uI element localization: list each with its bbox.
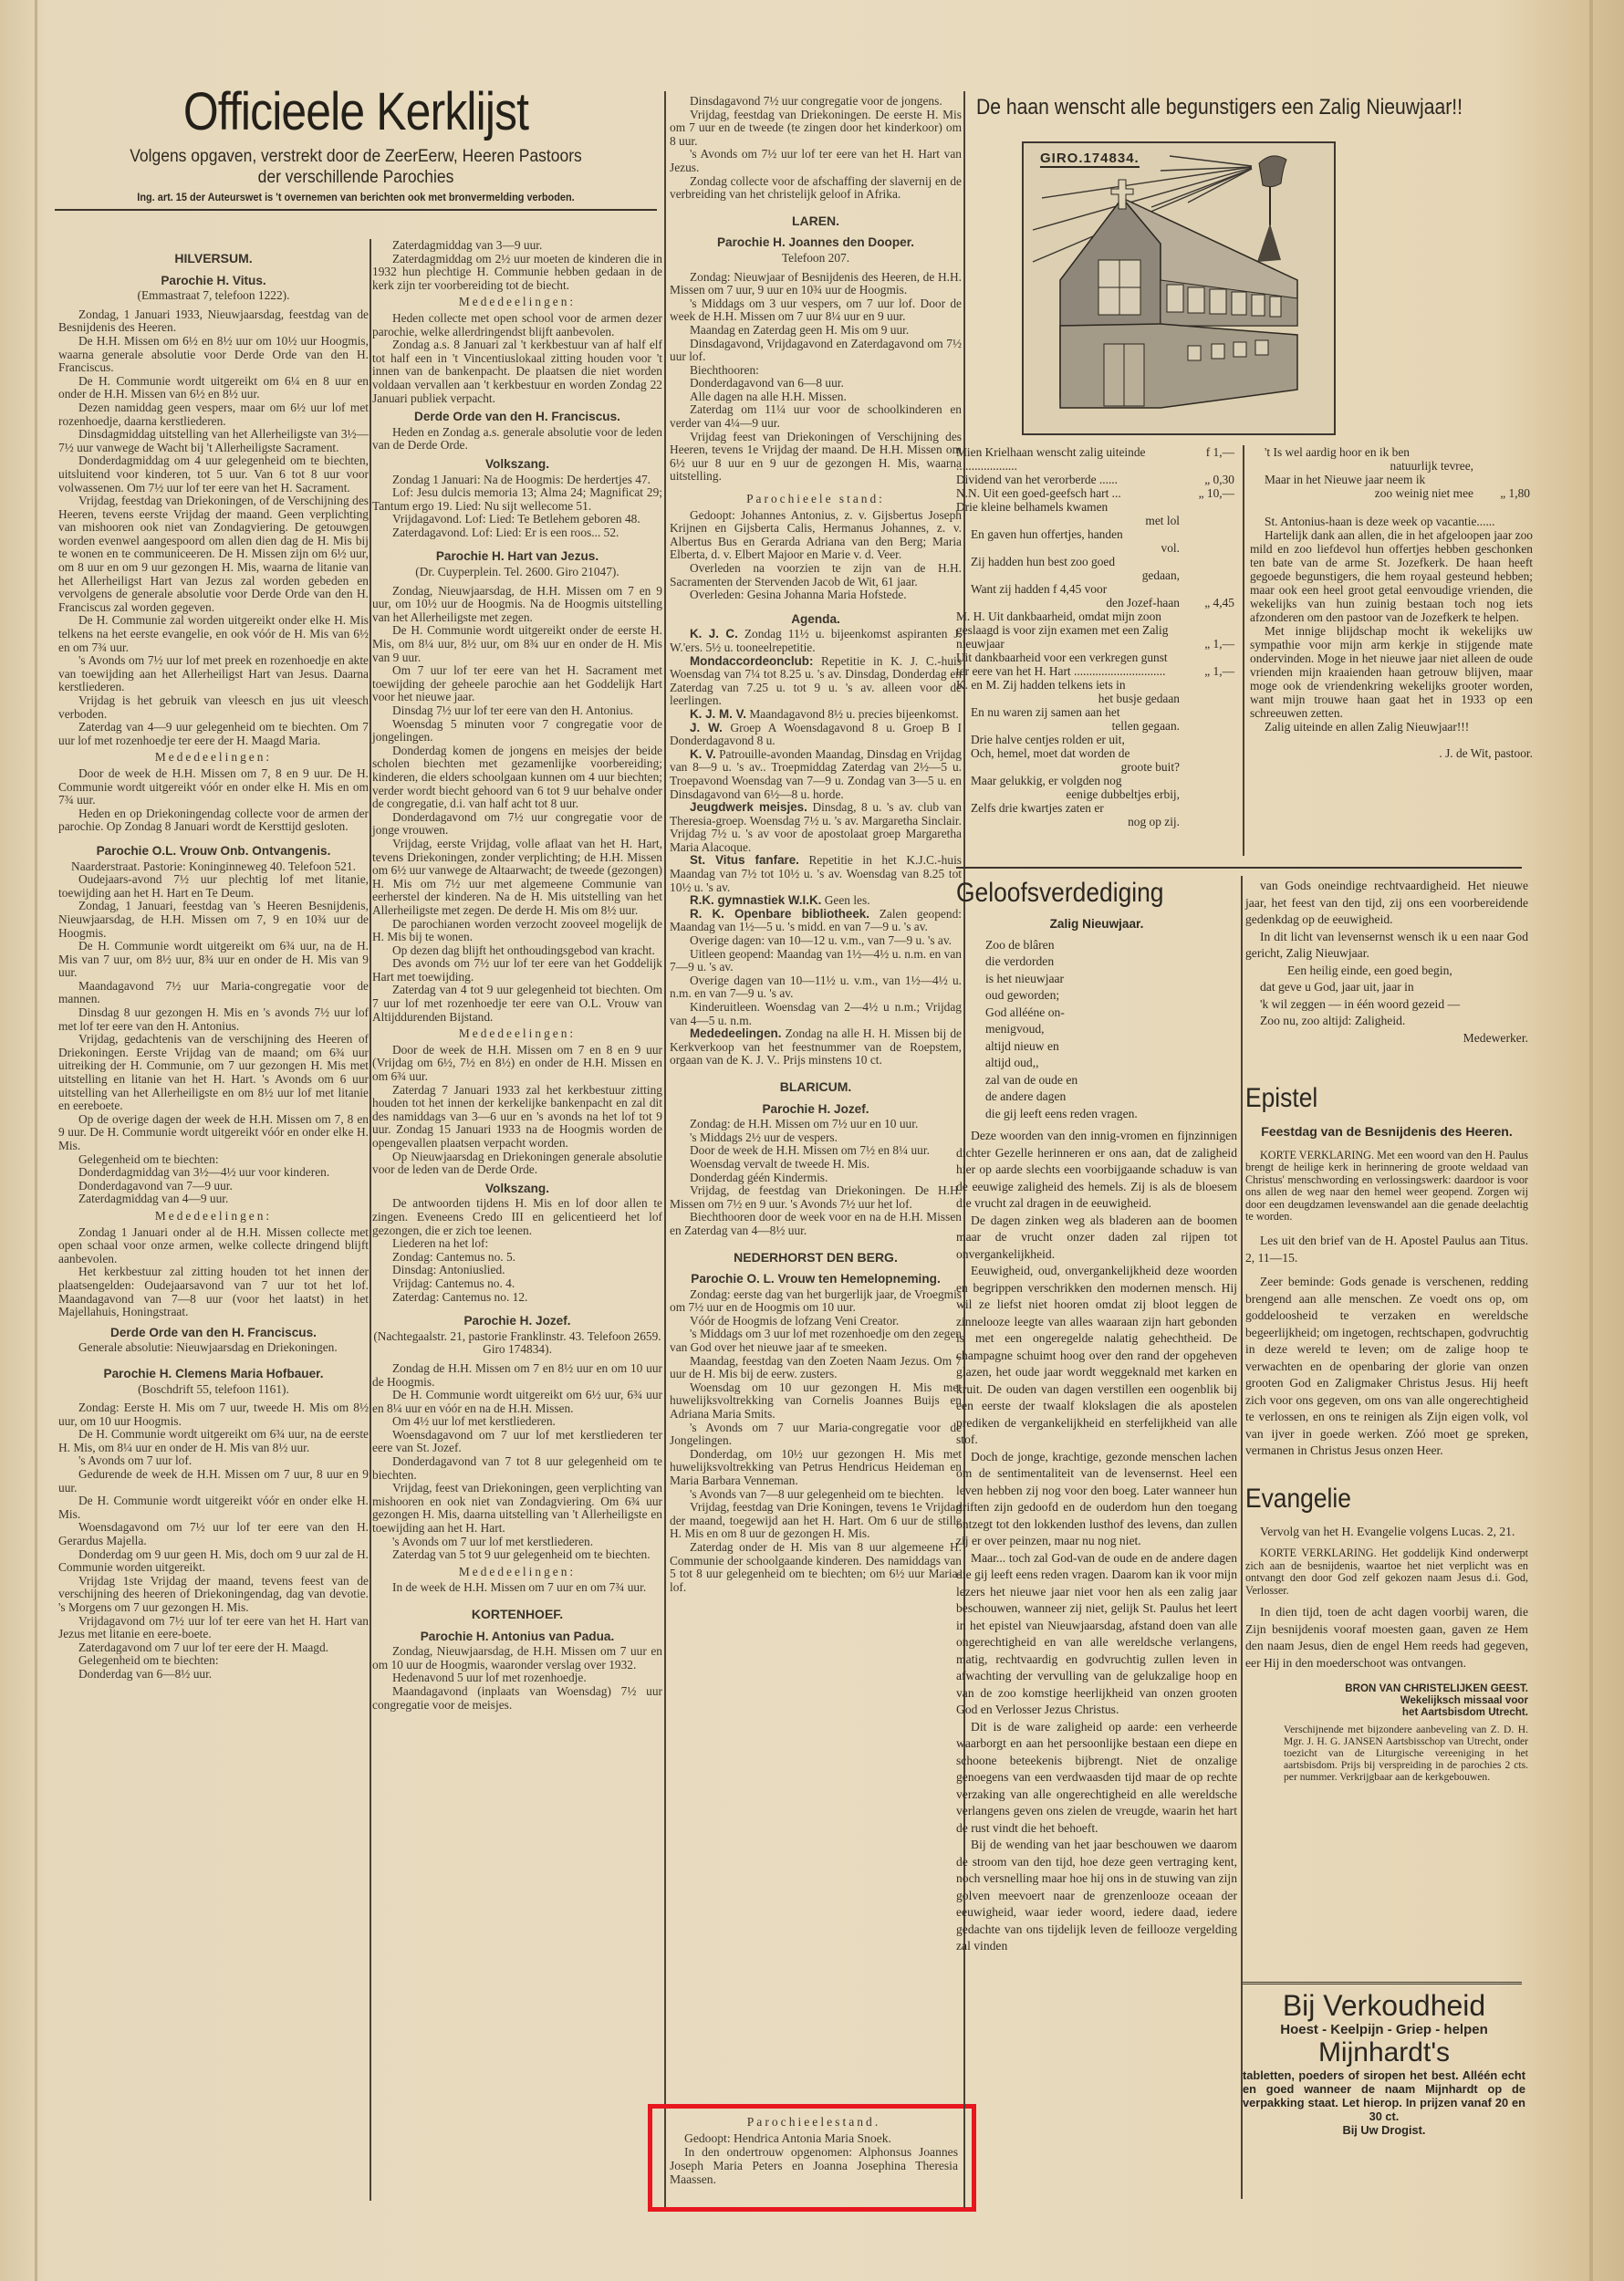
poem-line: 'k wil zeggen — in één woord gezeid — bbox=[1260, 996, 1528, 1014]
agenda-label: St. Vitus fanfare. bbox=[690, 853, 799, 867]
parish-heading: Parochie H. Jozef. bbox=[670, 1103, 962, 1117]
agenda-label: K. J. M. V. bbox=[690, 707, 746, 721]
paragraph: Woensdag 5 minuten voor 7 congregatie vo… bbox=[372, 718, 662, 745]
paragraph: Zondag 1 Januari onder al de H.H. Missen… bbox=[58, 1226, 369, 1266]
poem-line: eenige dubbeltjes erbij, bbox=[956, 787, 1180, 801]
poem-line: K. en M. Zij hadden telkens iets in bbox=[956, 678, 1126, 692]
donation-row: Uit dankbaarheid voor een verkregen guns… bbox=[956, 651, 1241, 678]
section-rule bbox=[1243, 1982, 1522, 1984]
donation-amount: „ 4,45 bbox=[1180, 596, 1234, 609]
paragraph: 's Middags 2½ uur de vespers. bbox=[670, 1131, 962, 1145]
paragraph: Zondag de H.H. Missen om 7 en 8½ uur en … bbox=[372, 1362, 662, 1389]
agenda-text: Geen les. bbox=[825, 893, 870, 907]
bron-text: Verschijnende met bijzondere aanbeveling… bbox=[1284, 1724, 1528, 1783]
paragraph: Maandag, feestdag van den Zoeten Naam Je… bbox=[670, 1355, 962, 1381]
column-divider bbox=[370, 239, 371, 2201]
paragraph: De dagen zinken weg als bladeren aan de … bbox=[956, 1213, 1237, 1264]
subtitle-line-2: der verschillende Parochies bbox=[78, 167, 632, 188]
ad-symptoms: Hoest - Keelpijn - Griep - helpen bbox=[1243, 2022, 1525, 2037]
paragraph: Vrijdag, feestdag van Driekoningen, of d… bbox=[58, 495, 369, 614]
poem-line: Drie halve centjes rolden er uit, bbox=[956, 733, 1180, 746]
poem-line: zal van de oude en bbox=[985, 1072, 1237, 1089]
mijnhardt-advertisement: Bij Verkoudheid Hoest - Keelpijn - Griep… bbox=[1243, 1989, 1525, 2137]
paragraph: Zaterdagavond. Lof: Lied: Er is een roos… bbox=[372, 526, 662, 540]
bron-title: Wekelijksch missaal voor bbox=[1284, 1694, 1528, 1706]
town-heading: NEDERHORST DEN BERG. bbox=[670, 1251, 962, 1265]
paragraph: De H. Communie zal worden uitgereikt ond… bbox=[58, 614, 369, 654]
paragraph: De H. Communie wordt uitgereikt om 6¾ uu… bbox=[58, 940, 369, 980]
paragraph: Gelegenheid om te biechten: bbox=[58, 1654, 369, 1668]
paragraph: Liederen na het lof: bbox=[372, 1237, 662, 1251]
paragraph: Zondag, Nieuwjaarsdag, de H.H. Missen om… bbox=[372, 1645, 662, 1672]
paragraph: Heden en op Driekoningendag collecte voo… bbox=[58, 807, 369, 834]
paragraph: Heden en Zondag a.s. generale absolutie … bbox=[372, 426, 662, 453]
paragraph: Uitleen geopend: Maandag van 1½—4½ u. n.… bbox=[670, 948, 962, 974]
paragraph: Dinsdagavond, Vrijdagavond en Zaterdagav… bbox=[670, 338, 962, 364]
agenda-item: St. Vitus fanfare. Repetitie in het K.J.… bbox=[670, 854, 962, 894]
paragraph: Vrijdag, feest van Driekoningen, geen ve… bbox=[372, 1482, 662, 1535]
parish-heading: Parochie H. Joannes den Dooper. bbox=[670, 236, 962, 250]
section-heading: Volkszang. bbox=[372, 1182, 662, 1196]
masthead-subtitle: Volgens opgaven, verstrekt door de ZeerE… bbox=[78, 146, 632, 188]
poem-line: gedaan, bbox=[956, 568, 1180, 582]
paragraph: Vrijdag, feestdag van Driekoningen. De e… bbox=[670, 109, 962, 149]
parish-heading: Parochie H. Jozef. bbox=[372, 1315, 662, 1328]
section-heading: Parochieele stand: bbox=[670, 493, 962, 506]
paragraph: Hedenavond 5 uur lof met rozenhoedje. bbox=[372, 1672, 662, 1685]
paragraph: Donderdag géén Kindermis. bbox=[670, 1172, 962, 1185]
poem-line: Maar in het Nieuwe jaar neem ik bbox=[1250, 473, 1473, 486]
poem-line: groote buit? bbox=[956, 760, 1180, 774]
poem-line: met lol bbox=[956, 514, 1180, 527]
paragraph: Vrijdag, gedachtenis van de verschijning… bbox=[58, 1033, 369, 1113]
paragraph: KORTE VERKLARING. Het goddelijk Kind ond… bbox=[1245, 1547, 1528, 1597]
agenda-item: K. J. M. V. Maandagavond 8½ u. precies b… bbox=[670, 708, 962, 722]
paragraph: 's Middags om 3 uur vespers, om 7 uur lo… bbox=[670, 297, 962, 324]
agenda-text: Maandagavond 8½ u. precies bijeenkomst. bbox=[749, 707, 958, 721]
paragraph: Zondag: Nieuwjaar of Besnijdenis des Hee… bbox=[670, 271, 962, 297]
paragraph: Heden collecte met open school voor de a… bbox=[372, 312, 662, 339]
parish-heading: Parochie O. L. Vrouw ten Hemelopneming. bbox=[670, 1273, 962, 1286]
ad-headline: Bij Verkoudheid bbox=[1243, 1989, 1525, 2022]
agenda-label: K. J. C. bbox=[690, 627, 738, 641]
poem-line: En gaven hun offertjes, handen bbox=[956, 527, 1180, 541]
donation-poem: 't Is wel aardig hoor en ik ben natuurli… bbox=[1250, 445, 1473, 500]
section-heading: Mededeelingen: bbox=[58, 1210, 369, 1224]
paragraph: Les uit den brief van de H. Apostel Paul… bbox=[1245, 1233, 1528, 1266]
donation-row: Drie kleine belhamels kwamen met lol En … bbox=[956, 500, 1241, 609]
paragraph: Maar... toch zal God-van de oude en de a… bbox=[956, 1550, 1237, 1719]
paragraph: De H. Communie wordt uitgereikt onder de… bbox=[372, 624, 662, 664]
bron-title: BRON VAN CHRISTELIJKEN GEEST. bbox=[1284, 1682, 1528, 1694]
agenda-label: R.K. gymnastiek W.I.K. bbox=[690, 893, 821, 907]
page-title: Officieele Kerklijst bbox=[97, 84, 615, 141]
paragraph: Eeuwigheid, oud, onvergankelijkheid deze… bbox=[956, 1263, 1237, 1449]
paragraph: Dinsdagmiddag uitstelling van het Allerh… bbox=[58, 428, 369, 454]
baptism-entry: Gedoopt: Hendrica Antonia Maria Snoek. bbox=[670, 2131, 958, 2145]
parish-heading: Parochie H. Antonius van Padua. bbox=[372, 1630, 662, 1644]
paragraph: Vrijdag 1ste Vrijdag der maand, tevens f… bbox=[58, 1575, 369, 1615]
paragraph: Op de overige dagen der week de H.H. Mis… bbox=[58, 1113, 369, 1153]
church-drawing-icon bbox=[1024, 143, 1334, 433]
agenda-label: J. W. bbox=[690, 721, 723, 734]
agenda-item: Mededeelingen. Zondag na alle H. H. Miss… bbox=[670, 1027, 962, 1068]
parish-address: (Boschdrift 55, telefoon 1161). bbox=[58, 1383, 369, 1397]
paragraph: Des avonds om 7½ uur lof ter eere van he… bbox=[372, 957, 662, 984]
poem-line: Zoo nu, zoo altijd: Zaligheid. bbox=[1260, 1013, 1528, 1030]
paragraph: Overleden: Gesina Johanna Maria Hofstede… bbox=[670, 588, 962, 602]
agenda-label: R. K. Openbare bibliotheek. bbox=[690, 907, 869, 921]
evangelie-title: Evangelie bbox=[1245, 1484, 1494, 1515]
paragraph: 's Avonds om 7½ uur lof ter eere van het… bbox=[670, 148, 962, 174]
agenda-item: R.K. gymnastiek W.I.K. Geen les. bbox=[670, 894, 962, 908]
parish-address: (Nachtegaalstr. 21, pastorie Franklinstr… bbox=[372, 1330, 662, 1357]
paragraph: Deze woorden van den innig-vromen en fij… bbox=[956, 1128, 1237, 1213]
agenda-item: K. V. Patrouille-avonden Maandag, Dinsda… bbox=[670, 748, 962, 801]
paragraph: Vrijdagavond om 7½ uur lof ter eere van … bbox=[58, 1615, 369, 1641]
agenda-item: R. K. Openbare bibliotheek. Zalen geopen… bbox=[670, 908, 962, 934]
column-divider bbox=[1243, 445, 1244, 856]
paragraph: Generale absolutie: Nieuwjaarsdag en Dri… bbox=[58, 1341, 369, 1355]
poem-line: die verdorden bbox=[985, 953, 1237, 971]
poem-line: dat geve u God, jaar uit, jaar in bbox=[1260, 979, 1528, 996]
donation-amount: „ 1,80 bbox=[1473, 486, 1530, 500]
paragraph: In dit licht van levensernst wensch ik u… bbox=[1245, 929, 1528, 963]
paragraph: Overige dagen van 10—11½ u. v.m., van 1½… bbox=[670, 974, 962, 1001]
poem-line: altijd nieuw en bbox=[985, 1038, 1237, 1056]
paragraph: Dinsdag 7½ uur lof ter eere van den H. A… bbox=[372, 704, 662, 718]
paragraph: Dinsdag: Antoniuslied. bbox=[372, 1264, 662, 1277]
agenda-item: Mondaccordeonclub: Repetitie in K. J. C.… bbox=[670, 655, 962, 708]
paragraph: Donderdagmiddag om 4 uur gelegenheid om … bbox=[58, 454, 369, 495]
poem-line: zoo weinig niet mee bbox=[1250, 486, 1473, 500]
paragraph: In dien tijd, toen de acht dagen voorbij… bbox=[1245, 1604, 1528, 1672]
donation-row: 't Is wel aardig hoor en ik ben natuurli… bbox=[1250, 445, 1533, 500]
paragraph: Zondag, 1 Januari 1933, Nieuwjaarsdag, f… bbox=[58, 308, 369, 335]
poem-line: Een heilig einde, een goed begin, bbox=[1260, 963, 1528, 980]
parish-address: Naarderstraat. Pastorie: Koninginneweg 4… bbox=[58, 860, 369, 874]
paragraph: Zaterdag van 4—9 uur gelegenheid om te b… bbox=[58, 721, 369, 747]
parochieelestand-notice: Parochieelestand. Gedoopt: Hendrica Anto… bbox=[670, 2115, 958, 2186]
paragraph: Met innige blijdschap mocht ik wekelijks… bbox=[1250, 624, 1533, 720]
page-fold bbox=[1589, 0, 1593, 2281]
donation-text: Dividend van het verorberde ...... bbox=[956, 473, 1180, 486]
paragraph: Donderdag, om 10½ uur gezongen H. Mis me… bbox=[670, 1448, 962, 1488]
paragraph: Dinsdagavond 7½ uur congregatie voor de … bbox=[670, 95, 962, 109]
donation-text: N.N. Uit een goed-geefsch hart ... bbox=[956, 486, 1180, 500]
agenda-item: K. J. C. Zondag 11½ u. bijeenkomst aspir… bbox=[670, 628, 962, 654]
donation-amount: „ 10,— bbox=[1180, 486, 1234, 500]
poem-line: menigvoud, bbox=[985, 1021, 1237, 1038]
newspaper-page: Officieele Kerklijst Volgens opgaven, ve… bbox=[0, 0, 1624, 2281]
parish-address: (Emmastraat 7, telefoon 1222). bbox=[58, 289, 369, 303]
poem-line: Och, hemel, moet dat worden de bbox=[956, 746, 1180, 760]
paragraph: Op dezen dag blijft het onthoudingsgebod… bbox=[372, 944, 662, 958]
subtitle-line-1: Volgens opgaven, verstrekt door de ZeerE… bbox=[78, 146, 632, 167]
paragraph: Zaterdag 7 Januari 1933 zal het kerkbest… bbox=[372, 1084, 662, 1151]
paragraph: Vrijdag, eerste Vrijdag, volle aflaat va… bbox=[372, 838, 662, 918]
town-heading: HILVERSUM. bbox=[58, 252, 369, 266]
section-rule bbox=[956, 867, 1522, 869]
poem-line: altijd oud,, bbox=[985, 1055, 1237, 1072]
parish-address: Telefoon 207. bbox=[670, 252, 962, 266]
epistel-subtitle: Feestdag van de Besnijdenis des Heeren. bbox=[1245, 1123, 1528, 1140]
paragraph: Hartelijk dank aan allen, die in het afg… bbox=[1250, 528, 1533, 624]
paragraph: Zalig uiteinde en allen Zalig Nieuwjaar!… bbox=[1250, 720, 1533, 734]
paragraph: Vrijdag: Cantemus no. 4. bbox=[372, 1277, 662, 1291]
parish-heading: Parochie H. Hart van Jezus. bbox=[372, 550, 662, 564]
paragraph: Door de week de H.H. Missen om 7, 8 en 9… bbox=[58, 767, 369, 807]
giro-label: GIRO.174834. bbox=[1040, 151, 1140, 168]
agenda-label: Mondaccordeonclub: bbox=[690, 654, 813, 668]
paragraph: De H. Communie wordt uitgereikt om 6½ uu… bbox=[372, 1389, 662, 1415]
paragraph: St. Antonius-haan is deze week op vacant… bbox=[1250, 515, 1533, 528]
paragraph: 's Avonds om 7 uur Maria-congregatie voo… bbox=[670, 1422, 962, 1448]
agenda-label: K. V. bbox=[690, 747, 716, 761]
paragraph: Donderdagmiddag van 3½—4½ uur voor kinde… bbox=[58, 1166, 369, 1180]
agenda-item: Jeugdwerk meisjes. Dinsdag, 8 u. 's av. … bbox=[670, 801, 962, 854]
paragraph: Vrijdag, de feestdag van Driekoningen. D… bbox=[670, 1184, 962, 1211]
engagement-entry: In den ondertrouw opgenomen: Alphonsus J… bbox=[670, 2145, 958, 2186]
donation-amount: „ 0,30 bbox=[1180, 473, 1234, 486]
donation-text: Uit dankbaarheid voor een verkregen guns… bbox=[956, 651, 1180, 678]
paragraph: Kinderuitleen. Woensdag van 2—4½ u n.m.;… bbox=[670, 1001, 962, 1027]
paragraph: Vrijdag, feestdag van Drie Koningen, tev… bbox=[670, 1501, 962, 1541]
paragraph: Zondag 1 Januari: Na de Hoogmis: De herd… bbox=[372, 474, 662, 487]
paragraph: Woensdagavond om 7½ uur lof ter eere van… bbox=[58, 1521, 369, 1547]
masthead-rule bbox=[55, 209, 657, 211]
donation-amount: f 1,— bbox=[1180, 445, 1234, 473]
paragraph: Vrijdag feest van Driekoningen of Versch… bbox=[670, 431, 962, 484]
epistel-title: Epistel bbox=[1245, 1083, 1494, 1114]
paragraph: 's Avonds om 7 uur lof met kerstliederen… bbox=[372, 1536, 662, 1549]
paragraph: Zeer beminde: Gods genade is verschenen,… bbox=[1245, 1274, 1528, 1460]
paragraph: In de week de H.H. Missen om 7 uur en om… bbox=[372, 1581, 662, 1595]
paragraph: 's Avonds om 7½ uur lof met preek en roz… bbox=[58, 654, 369, 694]
parish-heading: Parochie H. Vitus. bbox=[58, 275, 369, 288]
poem-line: het busje gedaan bbox=[956, 692, 1180, 705]
paragraph: Zondag, 1 Januari, feestdag van 's Heere… bbox=[58, 900, 369, 940]
poem-line: de andere dagen bbox=[985, 1088, 1237, 1106]
donation-poem: Drie kleine belhamels kwamen met lol En … bbox=[956, 500, 1180, 609]
donation-amount: „ 1,— bbox=[1180, 664, 1234, 678]
agenda-label: Mededeelingen. bbox=[690, 1026, 781, 1040]
parish-address: (Dr. Cuyperplein. Tel. 2600. Giro 21047)… bbox=[372, 566, 662, 579]
town-heading: KORTENHOEF. bbox=[372, 1608, 662, 1621]
paragraph: Zaterdag onder de H. Mis van 8 uur algem… bbox=[670, 1541, 962, 1594]
paragraph: Donderdagavond van 7 tot 8 uur gelegenhe… bbox=[372, 1455, 662, 1482]
section-heading: Mededeelingen: bbox=[58, 751, 369, 765]
paragraph: Vóór de Hoogmis de lofzang Veni Creator. bbox=[670, 1315, 962, 1328]
paragraph: Maandag en Zaterdag geen H. Mis om 9 uur… bbox=[670, 324, 962, 338]
ad-footer: Bij Uw Drogist. bbox=[1243, 2123, 1525, 2137]
paragraph: Donderdag om 9 uur geen H. Mis, doch om … bbox=[58, 1548, 369, 1575]
ad-brand: Mijnhardt's bbox=[1243, 2037, 1525, 2068]
section-heading: Agenda. bbox=[670, 613, 962, 627]
haan-headline: De haan wenscht alle begunstigers een Za… bbox=[976, 95, 1463, 120]
section-heading: Mededeelingen: bbox=[372, 296, 662, 309]
paragraph: Zaterdag van 4 tot 9 uur gelegenheid tot… bbox=[372, 984, 662, 1024]
paragraph: Biechthooren: bbox=[670, 364, 962, 378]
paragraph: Overleden na voorzien te zijn van de H.H… bbox=[670, 562, 962, 588]
parish-heading: Parochie O.L. Vrouw Onb. Ontvangenis. bbox=[58, 845, 369, 859]
donation-row: M. H. Uit dankbaarheid, omdat mijn zoon … bbox=[956, 609, 1241, 651]
paragraph: Zondag: de H.H. Missen om 7½ uur en 10 u… bbox=[670, 1118, 962, 1131]
paragraph: De parochianen worden verzocht zooveel m… bbox=[372, 918, 662, 944]
paragraph: van Gods oneindige rechtvaardigheid. Het… bbox=[1245, 878, 1528, 929]
agenda-item: J. W. Groep A Woensdagavond 8 u. Groep B… bbox=[670, 722, 962, 748]
section-heading: Mededeelingen: bbox=[372, 1027, 662, 1041]
poem-line: En nu waren zij samen aan het bbox=[956, 705, 1180, 719]
paragraph: Vrijdag is het gebruik van vleesch en ju… bbox=[58, 694, 369, 721]
poem-line: Zelfs drie kwartjes zaten er bbox=[956, 801, 1180, 815]
paragraph: Maandagavond 7½ uur Maria-congregatie vo… bbox=[58, 980, 369, 1006]
paragraph: Door de week de H.H. Missen om 7½ en 8¼ … bbox=[670, 1144, 962, 1158]
paragraph: Dit is de ware zaligheid op aarde: een v… bbox=[956, 1719, 1237, 1838]
column-2: Zaterdagmiddag van 3—9 uur. Zaterdagmidd… bbox=[372, 239, 662, 1712]
ad-body: tabletten, poeders of siropen het best. … bbox=[1243, 2068, 1525, 2123]
paragraph: Donderdag komen de jongens en meisjes de… bbox=[372, 745, 662, 811]
paragraph: Maandagavond (inplaats van Woensdag) 7½ … bbox=[372, 1685, 662, 1712]
section-heading: Volkszang. bbox=[372, 458, 662, 472]
poem-line: Want zij hadden f 4,45 voor bbox=[956, 582, 1180, 596]
poem-line: oud geworden; bbox=[985, 987, 1237, 1005]
paragraph: Zondag: Cantemus no. 5. bbox=[372, 1251, 662, 1265]
paragraph: Zondag, Nieuwjaarsdag, de H.H. Missen om… bbox=[372, 585, 662, 625]
paragraph: 's Avonds van 7—8 uur gelegenheid om te … bbox=[670, 1488, 962, 1502]
paragraph: De antwoorden tijdens H. Mis en lof door… bbox=[372, 1197, 662, 1237]
donation-row: Mien Krielhaan wenscht zalig uiteinde ..… bbox=[956, 445, 1241, 473]
paragraph: 's Middags om 3 uur lof met rozenhoedje … bbox=[670, 1328, 962, 1354]
article-title: Geloofsverdediging bbox=[956, 878, 1203, 909]
paragraph: 's Avonds om 7 uur lof. bbox=[58, 1454, 369, 1468]
paragraph: Donderdagavond om 7½ uur congregatie voo… bbox=[372, 811, 662, 838]
town-heading: LAREN. bbox=[670, 214, 962, 228]
church-illustration: GIRO.174834. bbox=[1022, 141, 1336, 435]
paragraph: Om 4½ uur lof met kerstliederen. bbox=[372, 1415, 662, 1429]
paragraph: Zaterdagavond om 7 uur lof ter eere der … bbox=[58, 1641, 369, 1655]
parish-heading: Parochie H. Clemens Maria Hofbauer. bbox=[58, 1368, 369, 1381]
paragraph: Dezen namiddag geen vespers, maar om 6½ … bbox=[58, 401, 369, 428]
paragraph: Gelegenheid om te biechten: bbox=[58, 1153, 369, 1167]
paragraph: Zondag collecte voor de afschaffing der … bbox=[670, 175, 962, 202]
paragraph: Vrijdagavond. Lof: Lied: Te Betlehem geb… bbox=[372, 513, 662, 526]
geloofsverdediging-article: Geloofsverdediging Zalig Nieuwjaar. Zoo … bbox=[956, 878, 1237, 1955]
page-edge bbox=[35, 0, 37, 2281]
paragraph: Om 7 uur lof ter eere van het H. Sacrame… bbox=[372, 664, 662, 704]
poem-line: Maar gelukkig, er volgden nog bbox=[956, 774, 1180, 787]
poem-line: is het nieuwjaar bbox=[985, 971, 1237, 988]
paragraph: Zaterdag om 11¼ uur voor de schoolkinder… bbox=[670, 403, 962, 430]
poem-line: tellen gegaan. bbox=[956, 719, 1180, 733]
paragraph: De H. Communie wordt uitgereikt om 6¼ en… bbox=[58, 375, 369, 401]
town-heading: BLARICUM. bbox=[670, 1080, 962, 1094]
section-heading: Parochieelestand. bbox=[670, 2115, 958, 2129]
paragraph: Zaterdagmiddag van 4—9 uur. bbox=[58, 1193, 369, 1206]
paragraph: Het kerkbestuur zal zitting houden tot h… bbox=[58, 1265, 369, 1318]
paragraph: Doch de jonge, krachtige, gezonde mensch… bbox=[956, 1449, 1237, 1550]
paragraph: De H. Communie wordt uitgereikt vóór en … bbox=[58, 1495, 369, 1521]
right-column: van Gods oneindige rechtvaardigheid. Het… bbox=[1245, 878, 1528, 1783]
paragraph: Woensdagavond om 7 uur lof met kerstlied… bbox=[372, 1429, 662, 1455]
bron-notice: BRON VAN CHRISTELIJKEN GEEST. Wekelijksc… bbox=[1245, 1682, 1528, 1783]
section-heading: Derde Orde van den H. Franciscus. bbox=[372, 411, 662, 424]
paragraph: Lof: Jesu dulcis memoria 13; Alma 24; Ma… bbox=[372, 486, 662, 513]
paragraph: Bij de wending van het jaar beschouwen w… bbox=[956, 1837, 1237, 1955]
paragraph: Alle dagen na alle H.H. Missen. bbox=[670, 391, 962, 404]
section-heading: Mededeelingen: bbox=[372, 1566, 662, 1579]
poem-line: 't Is wel aardig hoor en ik ben bbox=[1250, 445, 1473, 459]
column-1: HILVERSUM. Parochie H. Vitus. (Emmastraa… bbox=[58, 239, 369, 1682]
paragraph: Donderdagavond van 6—8 uur. bbox=[670, 377, 962, 391]
poem-line: Zij hadden hun best zoo goed bbox=[956, 555, 1180, 568]
donation-row: N.N. Uit een goed-geefsch hart ... „ 10,… bbox=[956, 486, 1241, 500]
paragraph: Dinsdag 8 uur gezongen H. Mis en 's avon… bbox=[58, 1006, 369, 1033]
poem-line: Drie kleine belhamels kwamen bbox=[956, 500, 1108, 514]
paragraph: Zaterdagmiddag van 3—9 uur. bbox=[372, 239, 662, 253]
paragraph: Zondag: eerste dag van het burgerlijk ja… bbox=[670, 1288, 962, 1315]
paragraph: Overige dagen: van 10—12 u. v.m., van 7—… bbox=[670, 934, 962, 948]
signature: . J. de Wit, pastoor. bbox=[1250, 746, 1533, 760]
bron-title: het Aartsbisdom Utrecht. bbox=[1284, 1706, 1528, 1718]
poem-line: God allééne on- bbox=[985, 1005, 1237, 1022]
paragraph: Gedoopt: Johannes Antonius, z. v. Gijsbe… bbox=[670, 509, 962, 562]
paragraph: Op Nieuwjaarsdag en Driekoningen general… bbox=[372, 1151, 662, 1177]
donation-amount: „ 1,— bbox=[1180, 637, 1234, 651]
paragraph: KORTE VERKLARING. Met een woord van den … bbox=[1245, 1150, 1528, 1224]
paragraph: Zaterdagmiddag om 2½ uur moeten de kinde… bbox=[372, 253, 662, 293]
donation-row: K. en M. Zij hadden telkens iets in het … bbox=[956, 678, 1241, 828]
paragraph: Donderdag van 6—8½ uur. bbox=[58, 1668, 369, 1682]
column-divider bbox=[664, 91, 666, 2208]
paragraph: Vervolg van het H. Evangelie volgens Luc… bbox=[1245, 1524, 1528, 1541]
poem: Zoo de blâren die verdorden is het nieuw… bbox=[956, 937, 1237, 1123]
poem-title: Zalig Nieuwjaar. bbox=[956, 916, 1237, 933]
copyright-notice: Ing. art. 15 der Auteurswet is 't overne… bbox=[70, 193, 642, 203]
paragraph: Zondag a.s. 8 Januari zal 't kerkbestuur… bbox=[372, 339, 662, 405]
paragraph: Woensdag vervalt de tweede H. Mis. bbox=[670, 1158, 962, 1172]
paragraph: Door de week de H.H. Missen om 7 en 8 en… bbox=[372, 1044, 662, 1084]
paragraph: Zaterdag van 5 tot 9 uur gelegenheid om … bbox=[372, 1548, 662, 1562]
section-heading: Derde Orde van den H. Franciscus. bbox=[58, 1327, 369, 1340]
column-3: Dinsdagavond 7½ uur congregatie voor de … bbox=[670, 95, 962, 1594]
donation-text: Mien Krielhaan wenscht zalig uiteinde ..… bbox=[956, 445, 1180, 473]
paragraph: Donderdagavond van 7—9 uur. bbox=[58, 1180, 369, 1193]
donation-text: M. H. Uit dankbaarheid, omdat mijn zoon … bbox=[956, 609, 1180, 651]
paragraph: De H. Communie wordt uitgereikt om 6¾ uu… bbox=[58, 1428, 369, 1454]
poem-line: natuurlijk tevree, bbox=[1250, 459, 1473, 473]
paragraph: Oudejaars-avond 7½ uur plechtig lof met … bbox=[58, 873, 369, 900]
paragraph: Woensdag om 10 uur gezongen H. Mis met h… bbox=[670, 1381, 962, 1422]
poem-line: vol. bbox=[956, 541, 1180, 555]
paragraph: De H.H. Missen om 6½ en 8½ uur om 10½ uu… bbox=[58, 335, 369, 375]
haan-letter: 't Is wel aardig hoor en ik ben natuurli… bbox=[1250, 445, 1533, 760]
paragraph: Zaterdag: Cantemus no. 12. bbox=[372, 1291, 662, 1305]
donations-list: Mien Krielhaan wenscht zalig uiteinde ..… bbox=[956, 445, 1241, 828]
closing-poem: Een heilig einde, een goed begin, dat ge… bbox=[1245, 963, 1528, 1030]
paragraph: Zondag: Eerste H. Mis om 7 uur, tweede H… bbox=[58, 1401, 369, 1428]
poem-line: nog op zij. bbox=[956, 815, 1180, 828]
donation-poem: K. en M. Zij hadden telkens iets in het … bbox=[956, 678, 1180, 828]
poem-line: den Jozef-haan bbox=[956, 596, 1180, 609]
poem-line: die gij leeft eens reden vragen. bbox=[985, 1106, 1237, 1123]
agenda-label: Jeugdwerk meisjes. bbox=[690, 800, 807, 814]
donation-row: Dividend van het verorberde ...... „ 0,3… bbox=[956, 473, 1241, 486]
signature: Medewerker. bbox=[1245, 1030, 1528, 1047]
masthead: Officieele Kerklijst Volgens opgaven, ve… bbox=[55, 84, 657, 211]
paragraph: Biechthooren door de week voor en na de … bbox=[670, 1211, 962, 1237]
paragraph: Gedurende de week de H.H. Missen om 7 uu… bbox=[58, 1468, 369, 1495]
